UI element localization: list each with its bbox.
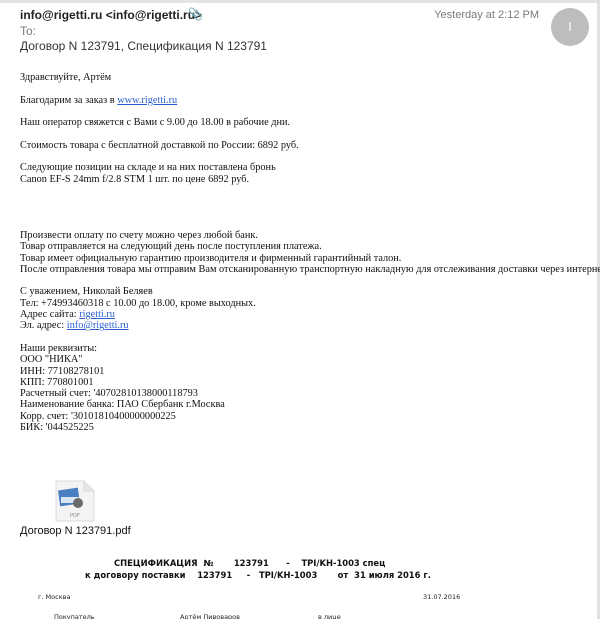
signature-email: Эл. адрес: info@rigetti.ru [20,320,590,331]
requisite-line: Наименование банка: ПАО Сбербанк г.Москв… [20,399,590,410]
pdf-file-icon: PDF [52,480,98,522]
spec-buyer-label: Покупатель [54,613,95,619]
requisite-line: ООО "НИКА" [20,354,590,365]
operator-line: Наш оператор свяжется с Вами с 9.00 до 1… [20,117,590,128]
message-date: Yesterday at 2:12 PM [434,9,539,21]
thanks-line: Благодарим за заказ в www.rigetti.ru [20,95,590,106]
requisite-line: БИК: '044525225 [20,422,590,433]
avatar: I [551,8,589,46]
requisite-line: КПП: 770801001 [20,377,590,388]
requisite-line: Наши реквизиты: [20,343,590,354]
payment-line: Товар имеет официальную гарантию произво… [20,253,590,264]
signature-site: Адрес сайта: rigetti.ru [20,309,590,320]
to-label: To: [20,24,36,38]
message-body: Здравствуйте, Артём Благодарим за заказ … [20,72,590,433]
svg-text:PDF: PDF [70,513,80,519]
email-link[interactable]: info@rigetti.ru [67,320,129,331]
signature-phone: Тел: +74993460318 с 10.00 до 18.00, кром… [20,298,590,309]
reserved-item: Canon EF-S 24mm f/2.8 STM 1 шт. по цене … [20,174,590,185]
paperclip-icon: 📎 [188,7,203,21]
signature-regards: С уважением, Николай Беляев [20,286,590,297]
payment-line: Произвести оплату по счету можно через л… [20,230,590,241]
attachment-filename[interactable]: Договор N 123791.pdf [20,525,131,537]
spec-in-person: в лице [318,613,341,619]
spec-subtitle: к договору поставки 123791 - TPI/KH-1003… [85,570,431,580]
site-link[interactable]: rigetti.ru [79,309,115,320]
message-header: info@rigetti.ru <info@rigetti.ru> 📎 To: … [0,0,597,52]
spec-title: СПЕЦИФИКАЦИЯ № 123791 - TPI/KH-1003 спец [114,558,385,568]
spec-city: г. Москва [38,593,70,601]
payment-line: После отправления товара мы отправим Вам… [20,264,590,275]
requisite-line: Расчетный счет: '40702810138000118793 [20,388,590,399]
payment-line: Товар отправляется на следующий день пос… [20,241,590,252]
requisite-line: ИНН: 77108278101 [20,366,590,377]
spec-date: 31.07.2016 [423,593,460,601]
subject: Договор N 123791, Спецификация N 123791 [20,39,267,53]
reserved-intro: Следующие позиции на складе и на них пос… [20,162,590,173]
sender[interactable]: info@rigetti.ru <info@rigetti.ru> [20,8,202,22]
website-link[interactable]: www.rigetti.ru [117,95,177,106]
requisite-line: Корр. счет: '30101810400000000225 [20,411,590,422]
cost-line: Стоимость товара с бесплатной доставкой … [20,140,590,151]
spec-buyer-name: Артём Пивоваров [180,613,240,619]
greeting: Здравствуйте, Артём [20,72,590,83]
